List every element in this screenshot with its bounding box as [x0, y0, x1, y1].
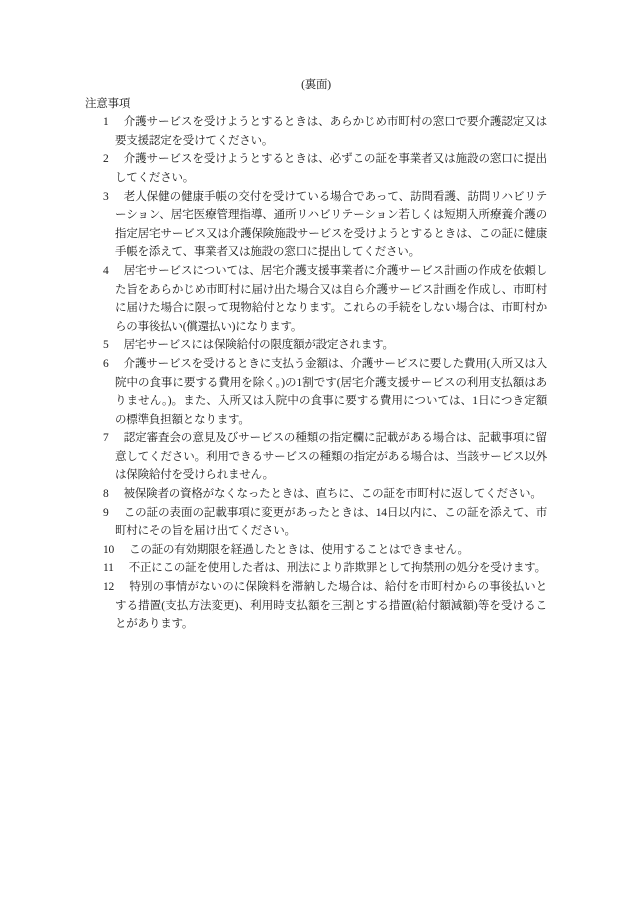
- item-text: 老人保健の健康手帳の交付を受けている場合であって、訪問看護、訪問リハビリテーショ…: [115, 191, 547, 259]
- list-item: 8被保険者の資格がなくなったときは、直ちに、この証を市町村に返してください。: [85, 485, 547, 504]
- item-number: 4: [103, 265, 109, 277]
- item-number: 3: [103, 191, 109, 203]
- list-item: 2介護サービスを受けようとするときは、必ずこの証を事業者又は施設の窓口に提出して…: [85, 150, 547, 187]
- item-text: 介護サービスを受けるときに支払う金額は、介護サービスに要した費用(入所又は入院中…: [115, 358, 547, 426]
- notes-heading: 注意事項: [85, 95, 547, 114]
- item-number: 1: [103, 116, 109, 128]
- item-number: 2: [103, 153, 109, 165]
- item-text: 居宅サービスについては、居宅介護支援事業者に介護サービス計画の作成を依頼した旨を…: [115, 265, 547, 333]
- item-number: 7: [103, 432, 109, 444]
- list-item: 6介護サービスを受けるときに支払う金額は、介護サービスに要した費用(入所又は入院…: [85, 355, 547, 429]
- item-number: 11: [103, 562, 114, 574]
- notes-section: (裏面) 注意事項 1介護サービスを受けようとするときは、あらかじめ市町村の窓口…: [85, 76, 547, 634]
- item-text: 介護サービスを受けようとするときは、あらかじめ市町村の窓口で要介護認定又は要支援…: [115, 116, 547, 147]
- list-item: 5居宅サービスには保険給付の限度額が設定されます。: [85, 336, 547, 355]
- item-text: 被保険者の資格がなくなったときは、直ちに、この証を市町村に返してください。: [124, 488, 542, 500]
- page-side-label: (裏面): [85, 76, 547, 95]
- item-number: 8: [103, 488, 109, 500]
- list-item: 4居宅サービスについては、居宅介護支援事業者に介護サービス計画の作成を依頼した旨…: [85, 262, 547, 336]
- notes-list: 1介護サービスを受けようとするときは、あらかじめ市町村の窓口で要介護認定又は要支…: [85, 113, 547, 634]
- item-number: 10: [103, 544, 114, 556]
- item-number: 12: [103, 581, 114, 593]
- list-item: 7認定審査会の意見及びサービスの種類の指定欄に記載がある場合は、記載事項に留意し…: [85, 429, 547, 485]
- item-text: 居宅サービスには保険給付の限度額が設定されます。: [124, 339, 394, 351]
- list-item: 11不正にこの証を使用した者は、刑法により詐欺罪として拘禁刑の処分を受けます。: [85, 559, 547, 578]
- item-text: 不正にこの証を使用した者は、刑法により詐欺罪として拘禁刑の処分を受けます。: [129, 562, 546, 574]
- item-text: この証の有効期限を経過したときは、使用することはできません。: [129, 544, 469, 556]
- item-text: 介護サービスを受けようとするときは、必ずこの証を事業者又は施設の窓口に提出してく…: [115, 153, 547, 184]
- list-item: 1介護サービスを受けようとするときは、あらかじめ市町村の窓口で要介護認定又は要支…: [85, 113, 547, 150]
- list-item: 3老人保健の健康手帳の交付を受けている場合であって、訪問看護、訪問リハビリテーシ…: [85, 188, 547, 262]
- document-page: (裏面) 注意事項 1介護サービスを受けようとするときは、あらかじめ市町村の窓口…: [0, 0, 630, 903]
- item-number: 9: [103, 507, 109, 519]
- item-number: 5: [103, 339, 109, 351]
- list-item: 9この証の表面の記載事項に変更があったときは、14日以内に、この証を添えて、市町…: [85, 504, 547, 541]
- item-number: 6: [103, 358, 109, 370]
- item-text: 特別の事情がないのに保険料を滞納した場合は、給付を市町村からの事後払いとする措置…: [115, 581, 547, 630]
- item-text: この証の表面の記載事項に変更があったときは、14日以内に、この証を添えて、市町村…: [115, 507, 547, 538]
- list-item: 12特別の事情がないのに保険料を滞納した場合は、給付を市町村からの事後払いとする…: [85, 578, 547, 634]
- list-item: 10この証の有効期限を経過したときは、使用することはできません。: [85, 541, 547, 560]
- item-text: 認定審査会の意見及びサービスの種類の指定欄に記載がある場合は、記載事項に留意して…: [115, 432, 547, 481]
